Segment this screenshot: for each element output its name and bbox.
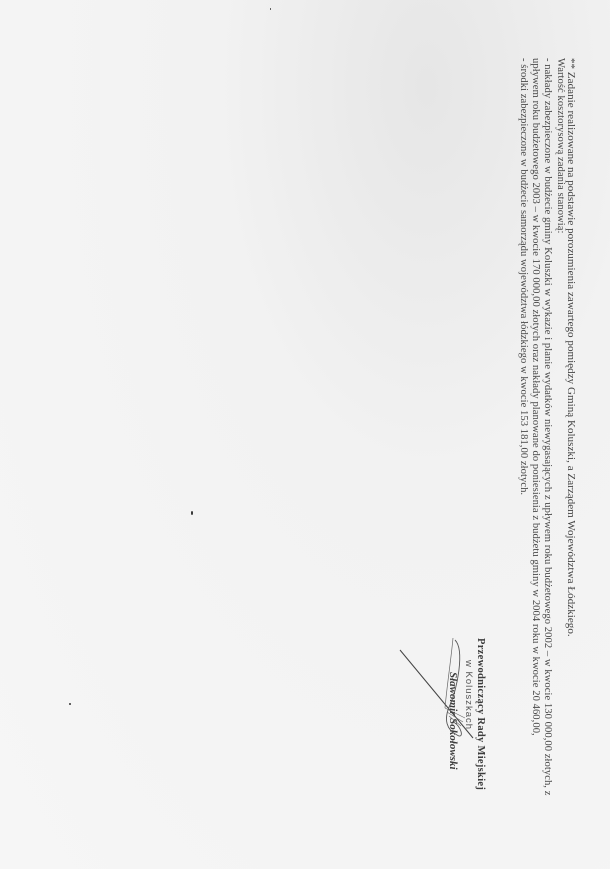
signatory-title: Przewodniczący Rady Miejskiej xyxy=(475,638,486,790)
scan-speck xyxy=(270,8,271,10)
cost-item-gmina-line: - nakłady zabezpieczone w budżecie gminy… xyxy=(541,58,553,795)
footnote-line: ** Zadanie realizowane na podstawie poro… xyxy=(565,58,577,637)
cost-item-wojewodztwo-line: - środki zabezpieczone w budżecie samorz… xyxy=(517,58,529,495)
scanned-page: ** Zadanie realizowane na podstawie poro… xyxy=(0,0,610,869)
scan-speck xyxy=(191,511,193,515)
handwritten-signature-icon xyxy=(395,630,475,760)
cost-item-gmina-continued-line: upływem roku budżetowego 2003 – w kwocie… xyxy=(529,58,541,736)
scan-speck xyxy=(69,703,71,705)
cost-intro-line: Wartość kosztorysową zadania stanowią: xyxy=(554,58,566,234)
